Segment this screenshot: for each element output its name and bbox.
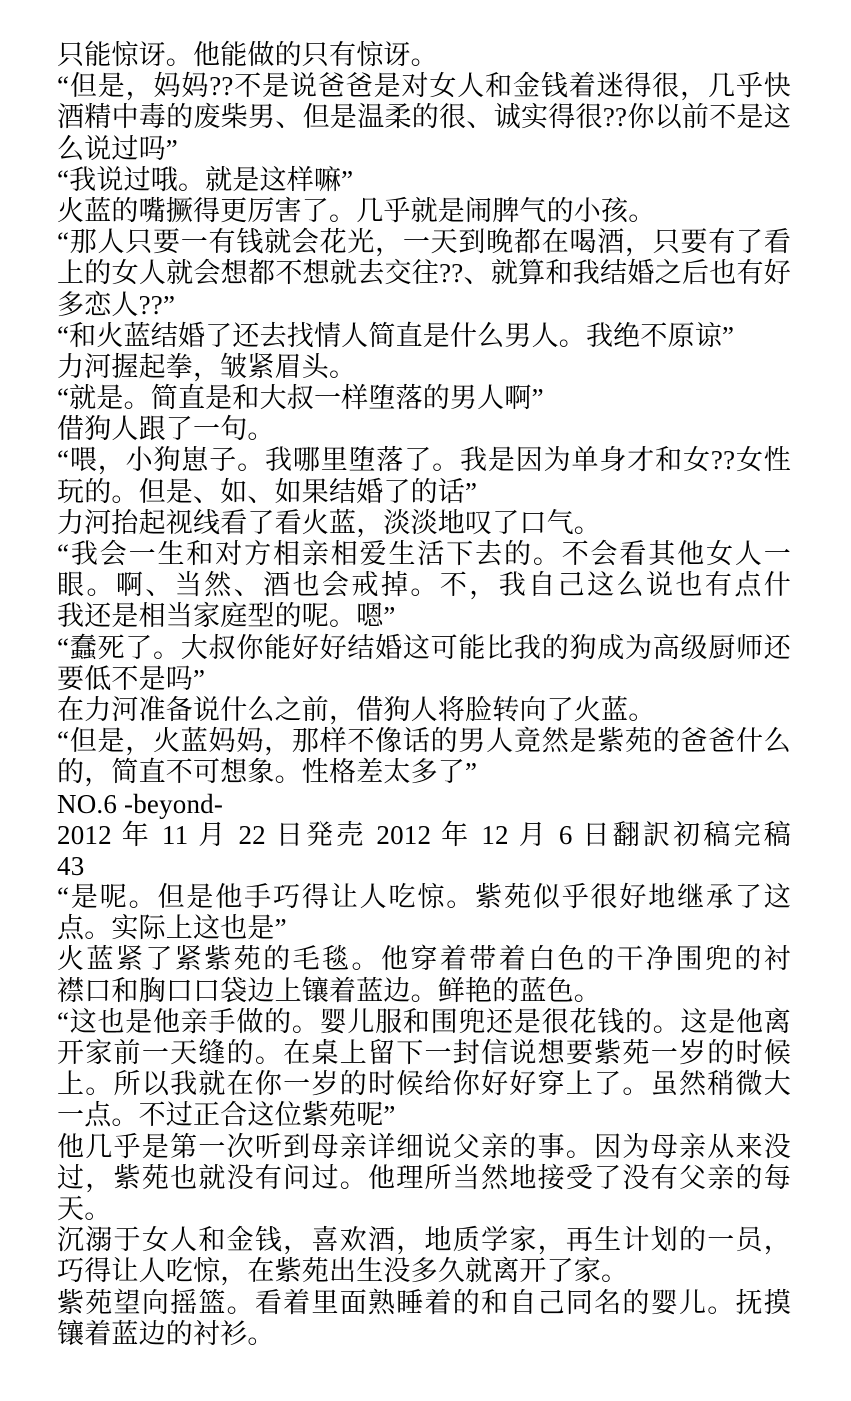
text-line: 的，简直不可想象。性格差太多了” bbox=[57, 757, 791, 788]
text-line: 紫苑望向摇篮。看着里面熟睡着的和自己同名的婴儿。抚摸着 bbox=[57, 1288, 791, 1319]
text-line: 他几乎是第一次听到母亲详细说父亲的事。因为母亲从来没说 bbox=[57, 1132, 791, 1163]
text-line: 要低不是吗” bbox=[57, 664, 791, 695]
text-line: 镶着蓝边的衬衫。 bbox=[57, 1319, 791, 1350]
text-line: “是呢。但是他手巧得让人吃惊。紫苑似乎很好地继承了这 bbox=[57, 882, 791, 913]
text-line: 多恋人??” bbox=[57, 290, 791, 321]
text-line: 43 bbox=[57, 851, 791, 882]
text-line: 借狗人跟了一句。 bbox=[57, 414, 791, 445]
text-line: NO.6 -beyond- bbox=[57, 789, 791, 820]
text-line: 沉溺于女人和金钱，喜欢酒，地质学家，再生计划的一员，手 bbox=[57, 1225, 791, 1256]
text-line: 么说过吗” bbox=[57, 134, 791, 165]
text-line: 开家前一天缝的。在桌上留下一封信说想要紫苑一岁的时候穿 bbox=[57, 1038, 791, 1069]
text-line: 巧得让人吃惊，在紫苑出生没多久就离开了家。 bbox=[57, 1256, 791, 1287]
text-line: 在力河准备说什么之前，借狗人将脸转向了火蓝。 bbox=[57, 695, 791, 726]
text-line: 只能惊讶。他能做的只有惊讶。 bbox=[57, 40, 791, 71]
text-line: “喂，小狗崽子。我哪里堕落了。我是因为单身才和女??女性 bbox=[57, 445, 791, 476]
text-line: 襟口和胸口口袋边上镶着蓝边。鲜艳的蓝色。 bbox=[57, 976, 791, 1007]
document-page: 只能惊讶。他能做的只有惊讶。“但是，妈妈??不是说爸爸是对女人和金钱着迷得很，几… bbox=[0, 0, 851, 1350]
text-line: 力河抬起视线看了看火蓝，淡淡地叹了口气。 bbox=[57, 508, 791, 539]
text-line: “但是，妈妈??不是说爸爸是对女人和金钱着迷得很，几乎快 bbox=[57, 71, 791, 102]
text-line: “这也是他亲手做的。婴儿服和围兜还是很花钱的。这是他离 bbox=[57, 1007, 791, 1038]
text-line: 力河握起拳，皱紧眉头。 bbox=[57, 352, 791, 383]
text-line: 玩的。但是、如、如果结婚了的话” bbox=[57, 477, 791, 508]
text-line: 上。所以我就在你一岁的时候给你好好穿上了。虽然稍微大了 bbox=[57, 1069, 791, 1100]
text-line: 我还是相当家庭型的呢。嗯” bbox=[57, 601, 791, 632]
text-line: 酒精中毒的废柴男、但是温柔的很、诚实得很??你以前不是这 bbox=[57, 102, 791, 133]
text-line: 天。 bbox=[57, 1194, 791, 1225]
text-line: “那人只要一有钱就会花光，一天到晚都在喝酒，只要有了看 bbox=[57, 227, 791, 258]
text-line: “就是。简直是和大叔一样堕落的男人啊” bbox=[57, 383, 791, 414]
text-line: 眼。啊、当然、酒也会戒掉。不，我自己这么说也有点什么， bbox=[57, 570, 791, 601]
text-line: “蠢死了。大叔你能好好结婚这可能比我的狗成为高级厨师还 bbox=[57, 633, 791, 664]
text-line: “和火蓝结婚了还去找情人简直是什么男人。我绝不原谅” bbox=[57, 321, 791, 352]
text-line: 2012 年 11 月 22 日発売 2012 年 12 月 6 日翻訳初稿完稿 bbox=[57, 820, 791, 851]
text-line: 过，紫苑也就没有问过。他理所当然地接受了没有父亲的每一 bbox=[57, 1163, 791, 1194]
text-line: 火蓝的嘴撅得更厉害了。几乎就是闹脾气的小孩。 bbox=[57, 196, 791, 227]
text-line: “我会一生和对方相亲相爱生活下去的。不会看其他女人一 bbox=[57, 539, 791, 570]
text-line: “我说过哦。就是这样嘛” bbox=[57, 165, 791, 196]
text-line: 点。实际上这也是” bbox=[57, 913, 791, 944]
text-line: 一点。不过正合这位紫苑呢” bbox=[57, 1100, 791, 1131]
text-line: 火蓝紧了紧紫苑的毛毯。他穿着带着白色的干净围兜的衬衫。 bbox=[57, 944, 791, 975]
text-line: “但是，火蓝妈妈，那样不像话的男人竟然是紫苑的爸爸什么 bbox=[57, 726, 791, 757]
text-line: 上的女人就会想都不想就去交往??、就算和我结婚之后也有好 bbox=[57, 258, 791, 289]
